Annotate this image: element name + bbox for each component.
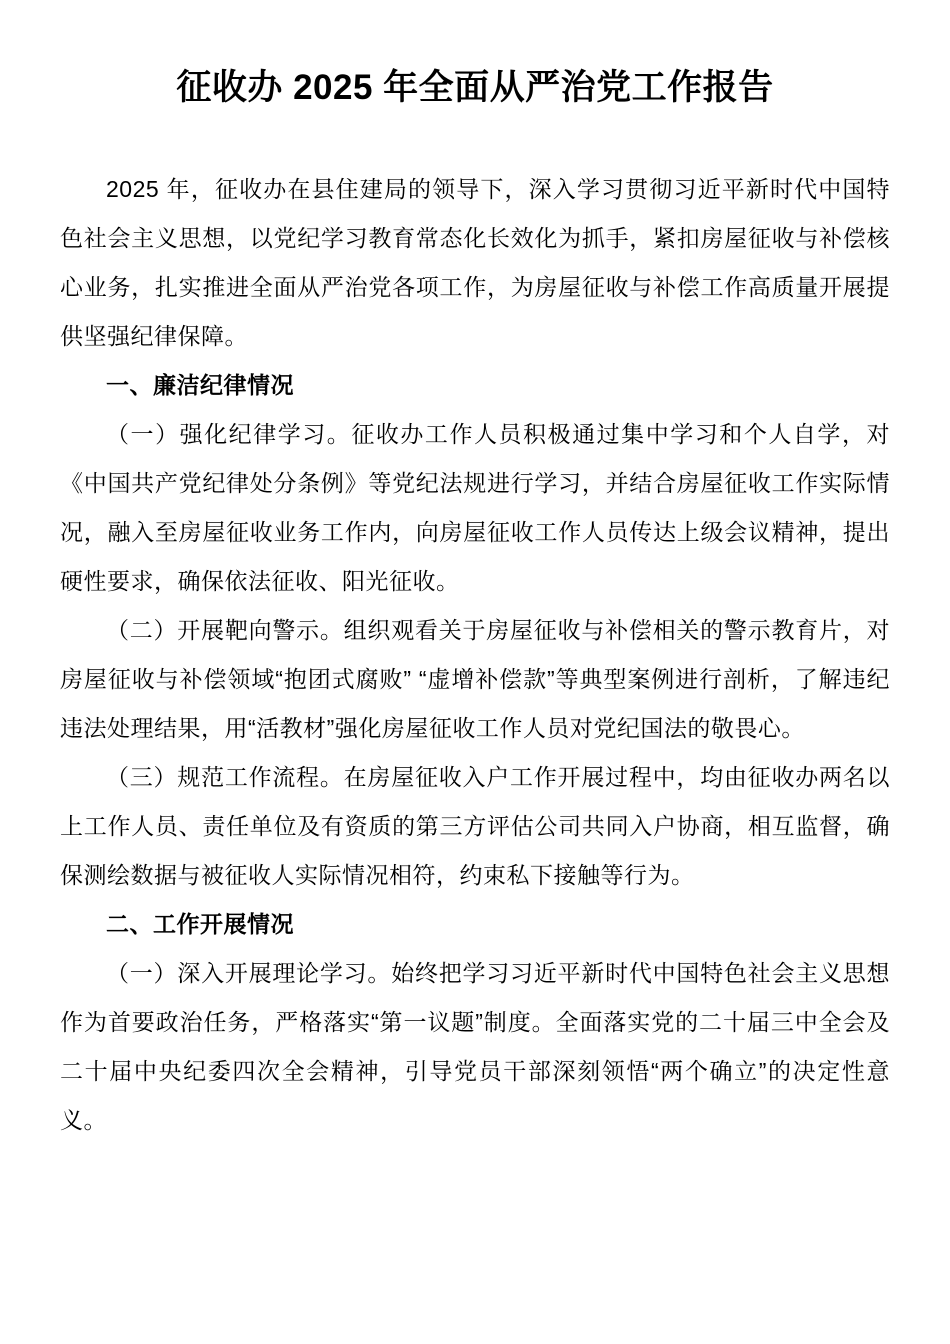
paragraph-intro: 2025 年，征收办在县住建局的领导下，深入学习贯彻习近平新时代中国特色社会主义… [60,165,890,361]
document-page: 征收办 2025 年全面从严治党工作报告 2025 年，征收办在县住建局的领导下… [0,0,950,1344]
paragraph-work-process: （三）规范工作流程。在房屋征收入户工作开展过程中，均由征收办两名以上工作人员、责… [60,753,890,900]
document-body: 2025 年，征收办在县住建局的领导下，深入学习贯彻习近平新时代中国特色社会主义… [60,165,890,1145]
section-heading-work-progress: 二、工作开展情况 [60,900,890,949]
paragraph-warning-education: （二）开展靶向警示。组织观看关于房屋征收与补偿相关的警示教育片，对房屋征收与补偿… [60,606,890,753]
paragraph-theory-study: （一）深入开展理论学习。始终把学习习近平新时代中国特色社会主义思想作为首要政治任… [60,949,890,1145]
section-heading-discipline: 一、廉洁纪律情况 [60,361,890,410]
document-title: 征收办 2025 年全面从严治党工作报告 [60,64,890,111]
paragraph-discipline-study: （一）强化纪律学习。征收办工作人员积极通过集中学习和个人自学，对《中国共产党纪律… [60,410,890,606]
